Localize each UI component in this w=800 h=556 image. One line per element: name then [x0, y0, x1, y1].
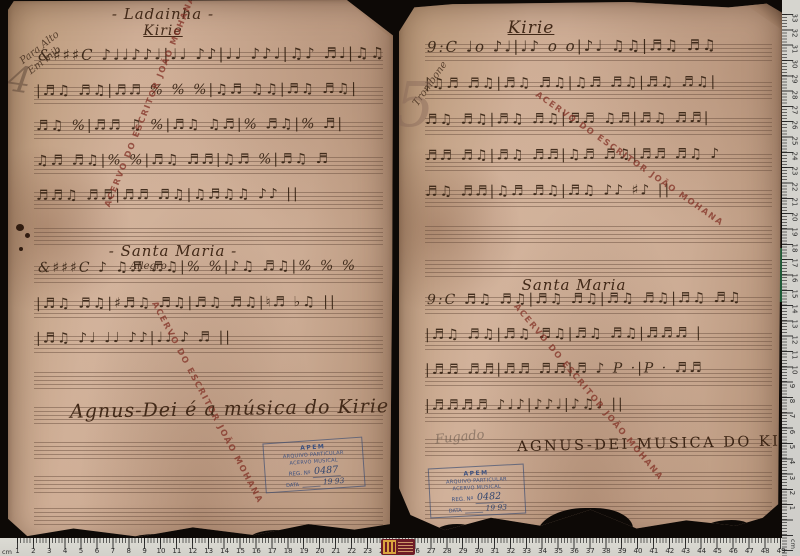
ruler-number: 30 — [790, 59, 798, 68]
ruler-number: 44 — [697, 547, 706, 555]
ruler-number: 18 — [790, 243, 798, 252]
ruler-number: 39 — [618, 547, 627, 555]
margin-page-number: 4 — [8, 59, 34, 103]
ruler-number: 7 — [788, 414, 796, 418]
ruler-number: 19 — [300, 547, 309, 555]
archive-logo — [381, 539, 415, 555]
ruler-number: 6 — [95, 547, 99, 555]
ruler-number: 9 — [142, 547, 146, 555]
ruler-number: 40 — [634, 547, 643, 555]
ruler-number: 35 — [554, 547, 563, 555]
ruler-number: 29 — [790, 75, 798, 84]
ink-blot — [25, 233, 30, 238]
music-notes: |♬♫ ♬♫|♯♬♫ ♬♫|♬♫ ♬♫|♮♬ ♭♫ || — [36, 291, 337, 315]
ruler-number: 48 — [761, 547, 770, 555]
music-notes: ♫♬ ♬♫|% %|♬♫ ♬♬|♫♬ %|♬♫ ♬ — [36, 148, 330, 172]
ruler-number: 4 — [63, 547, 67, 555]
ruler-number: 23 — [363, 547, 372, 555]
ruler-number: 21 — [331, 547, 340, 555]
archive-stamp: APEM ARQUIVO PARTICULAR ACERVO MUSICAL R… — [428, 464, 526, 519]
page-fold-corner — [742, 2, 782, 30]
music-notes: ♬♫ %|♬♬ ♫ %|♬♫ ♫♬|% ♬♫|% ♬| — [36, 113, 344, 138]
left-section2-title: - Santa Maria - — [68, 242, 278, 260]
ruler-number: 14 — [790, 305, 798, 314]
music-notes: |♬♫ ♬♫|♬♬ % % %|♫♬ ♫♫|♬♫ ♬♫| — [36, 78, 358, 103]
ruler-number: 26 — [790, 121, 798, 130]
ruler-number: 5 — [788, 445, 796, 449]
right-ruler: 3332313029282726252423222120191817161514… — [782, 0, 800, 556]
ruler-number: 10 — [157, 547, 166, 555]
ruler-number: 1 — [788, 506, 796, 510]
stamp-date-label: DATA — [449, 508, 462, 515]
ruler-number: 10 — [790, 366, 798, 375]
ruler-unit-label: cm — [2, 548, 12, 556]
left-page-title: - Ladainha - — [93, 5, 233, 23]
ruler-number: 8 — [788, 399, 796, 403]
ruler-number: 37 — [586, 547, 595, 555]
ruler-number: 14 — [220, 547, 229, 555]
right-page: Trombone 5 Kirie ACERVO DO ESCRITOR JOÃO… — [399, 2, 782, 542]
music-notes: ♬♫ ♬♬|♫♬ ♬♫|♬♫ ♪♪ ♯♪ || — [425, 179, 671, 203]
ruler-number: 32 — [506, 547, 515, 555]
ruler-number: 16 — [790, 274, 798, 283]
ruler-number: 30 — [475, 547, 484, 555]
ruler-number: 36 — [570, 547, 579, 555]
stamp-date-blank — [465, 507, 483, 514]
stamp-reg-label: REG. Nº — [289, 470, 311, 478]
ruler-number: 46 — [729, 547, 738, 555]
music-notes: |♬♫ ♬♫|♬♫ ♬♫|♬♫ ♬♫|♬♬♬ | — [425, 322, 703, 346]
ruler-number: 34 — [538, 547, 547, 555]
bottom-ruler: cm 1234567891011121314151617181920212223… — [0, 538, 782, 556]
ruler-number: 12 — [188, 547, 197, 555]
ink-blot — [16, 224, 24, 231]
ruler-number: 47 — [745, 547, 754, 555]
ruler-number: 6 — [788, 429, 796, 433]
ruler-number: 8 — [127, 547, 131, 555]
stamp-date-value: 19 93 — [323, 476, 345, 486]
right-page-title: Kirie — [461, 18, 601, 38]
stamp-reg-label: REG. Nº — [451, 496, 473, 503]
music-notes: |♫♬ ♬♫|♬♫ ♬♫|♫♬ ♬♫|♬♫ ♬♫| — [425, 71, 717, 95]
ruler-number: 20 — [790, 213, 798, 222]
ruler-number: 45 — [713, 547, 722, 555]
staff-lines — [425, 226, 772, 243]
building-icon — [383, 540, 396, 554]
archive-stamp: APEM ARQUIVO PARTICULAR ACERVO MUSICAL R… — [262, 437, 365, 494]
music-notes: ♬♬ ♬♫|♬♫ ♬♬|♫♬ ♬♫|♬♬ ♬♫ ♪ — [425, 143, 721, 167]
right-section2-title: Santa Maria — [499, 276, 649, 294]
ruler-number: 1 — [15, 547, 19, 555]
ruler-number: 23 — [790, 167, 798, 176]
ruler-number: 17 — [268, 547, 277, 555]
music-notes: ♬♬♫ ♬♬|♬♬ ♬♫|♫♬♫♫ ♪♪ || — [36, 183, 300, 207]
ruler-number: 28 — [790, 90, 798, 99]
ruler-number: 22 — [790, 182, 798, 191]
ruler-number: 43 — [681, 547, 690, 555]
ruler-number: 41 — [649, 547, 658, 555]
staff-lines — [34, 372, 383, 389]
ruler-number: 20 — [316, 547, 325, 555]
ruler-number: 3 — [788, 475, 796, 479]
ruler-number: 27 — [790, 105, 798, 114]
ruler-number: 18 — [284, 547, 293, 555]
archive-logo-text-lines — [398, 542, 413, 552]
ruler-number: 4 — [788, 460, 796, 464]
ruler-number: 7 — [111, 547, 115, 555]
staff-lines — [425, 260, 772, 277]
left-page: Para Alto Em mib 4 - Ladainha - Kirie AC… — [8, 0, 393, 546]
ruler-number: 5 — [79, 547, 83, 555]
ruler-number: 49 — [777, 547, 786, 555]
stamp-date-value: 19 93 — [485, 502, 507, 512]
ruler-number: 12 — [790, 335, 798, 344]
ink-blot — [19, 247, 23, 251]
ruler-number: 3 — [47, 547, 51, 555]
staff-lines — [34, 508, 383, 525]
ruler-number: 19 — [790, 228, 798, 237]
ruler-number: 9 — [788, 383, 796, 387]
ruler-number: 33 — [522, 547, 531, 555]
ruler-number: 31 — [790, 44, 798, 53]
ruler-number: 11 — [172, 547, 181, 555]
ruler-number: 15 — [236, 547, 245, 555]
manuscript-scan: Para Alto Em mib 4 - Ladainha - Kirie AC… — [0, 0, 800, 556]
ruler-number: 22 — [347, 547, 356, 555]
ruler-number: 33 — [790, 14, 798, 23]
ruler-number: 25 — [790, 136, 798, 145]
margin-page-number: 5 — [399, 68, 434, 141]
ruler-number: 31 — [490, 547, 499, 555]
ruler-number: 13 — [204, 547, 213, 555]
ruler-number: 28 — [443, 547, 452, 555]
ruler-number: 13 — [790, 320, 798, 329]
ruler-number: 24 — [790, 151, 798, 160]
ruler-number: 42 — [665, 547, 674, 555]
ruler-number: 29 — [459, 547, 468, 555]
ruler-number: 2 — [788, 491, 796, 495]
stamp-date-label: DATA — [286, 482, 299, 489]
ruler-number: 15 — [790, 289, 798, 298]
ruler-number: 11 — [790, 351, 798, 360]
page-fold-corner — [345, 0, 393, 40]
ruler-number: 27 — [427, 547, 436, 555]
ruler-number: 32 — [790, 29, 798, 38]
ruler-number: 17 — [790, 259, 798, 268]
ruler-number: 21 — [790, 197, 798, 206]
tempo-marking: Allegro — [130, 261, 167, 272]
music-notes: &♯♯♯C ♪♩♩♪♪♩|♩♩ ♪♪|♩♩ ♪♪♩|♫♪ ♬♩|♫♫ — [38, 41, 386, 67]
ruler-number: 16 — [252, 547, 261, 555]
stamp-date-blank — [302, 481, 320, 488]
ruler-number: 2 — [31, 547, 35, 555]
music-notes: |♬♫ ♪♩ ♩♩ ♪♪|♩♩ ♪ ♬ || — [36, 326, 232, 350]
ruler-unit-label: cm — [789, 539, 797, 549]
left-page-subtitle: Kirie — [93, 23, 233, 39]
ruler-number: 38 — [602, 547, 611, 555]
